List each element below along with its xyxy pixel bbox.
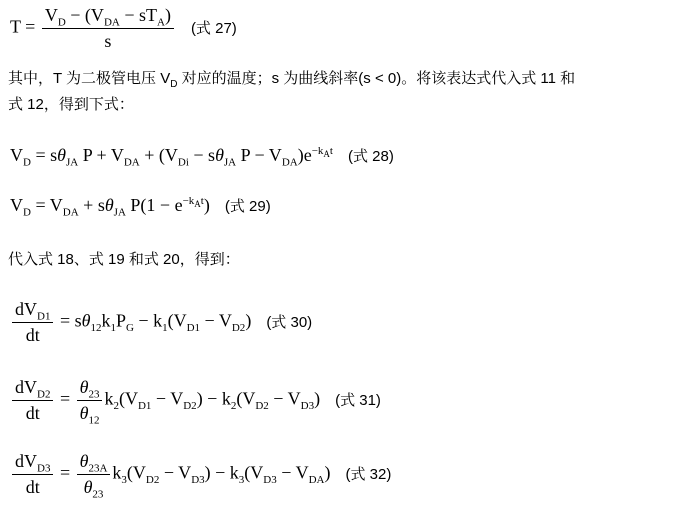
equation-number: (式 32) — [345, 466, 391, 483]
fraction: VD − (VDA − sTA)s — [42, 5, 174, 52]
equation-29: VD = VDA + sθJA P(1 − e−kAt)(式 29) — [10, 195, 271, 216]
fraction: dVD2dt — [12, 377, 53, 424]
equation-number: (式 30) — [266, 314, 312, 331]
equation-number: (式 29) — [225, 198, 271, 215]
equation-31: dVD2dt = θ23θ12k2(VD1 − VD2) − k2(VD2 − … — [10, 377, 381, 424]
document-page: T = VD − (VDA − sTA)s(式 27) 其中，T 为二极管电压 … — [0, 0, 675, 509]
equation-number: (式 28) — [348, 148, 394, 165]
equation-28: VD = sθJA P + VDA + (VDi − sθJA P − VDA)… — [10, 145, 394, 166]
equation-32: dVD3dt = θ23Aθ23k3(VD2 − VD3) − k3(VD3 −… — [10, 451, 391, 498]
equation-number: (式 31) — [335, 392, 381, 409]
fraction: θ23θ12 — [77, 377, 103, 424]
fraction: dVD1dt — [12, 299, 53, 346]
fraction: θ23Aθ23 — [77, 451, 111, 498]
equation-27: T = VD − (VDA − sTA)s(式 27) — [10, 5, 237, 52]
equation-number: (式 27) — [191, 20, 237, 37]
fraction: dVD3dt — [12, 451, 53, 498]
paragraph-intro: 其中，T 为二极管电压 VD 对应的温度；s 为曲线斜率(s < 0)。将该表达… — [8, 66, 575, 118]
equation-30: dVD1dt = sθ12k1PG − k1(VD1 − VD2)(式 30) — [10, 299, 312, 346]
paragraph-substitute: 代入式 18、式 19 和式 20，得到： — [8, 247, 240, 273]
